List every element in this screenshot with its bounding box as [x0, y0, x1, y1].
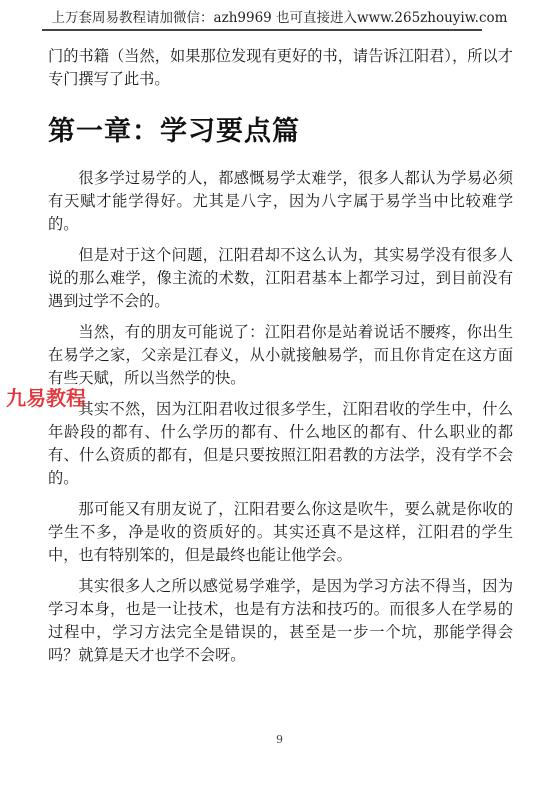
watermark-logo: 九易教程 — [6, 382, 86, 411]
continuation-paragraph: 门的书籍（当然，如果那位发现有更好的书，请告诉江阳君），所以才专门撰写了此书。 — [48, 45, 513, 91]
header-banner: 上万套周易教程请加微信：azh9969 也可直接进入www.265zhouyiw… — [0, 6, 559, 26]
paragraph-3: 当然，有的朋友可能说了：江阳君你是站着说话不腰疼，你出生在易学之家，父亲是江春义… — [48, 321, 513, 390]
paragraph-6: 其实很多人之所以感觉易学难学，是因为学习方法不得当，因为学习本身，也是一让技术，… — [48, 575, 513, 667]
paragraph-4: 其实不然，因为江阳君收过很多学生，江阳君收的学生中，什么年龄段的都有、什么学历的… — [48, 398, 513, 490]
chapter-title: 第一章：学习要点篇 — [48, 115, 513, 149]
page-content: 门的书籍（当然，如果那位发现有更好的书，请告诉江阳君），所以才专门撰写了此书。 … — [48, 45, 513, 675]
header-divider — [42, 29, 482, 31]
paragraph-1: 很多学过易学的人，都感慨易学太难学，很多人都认为学易必须有天赋才能学得好。尤其是… — [48, 167, 513, 236]
paragraph-2: 但是对于这个问题，江阳君却不这么认为，其实易学没有很多人说的那么难学，像主流的术… — [48, 244, 513, 313]
page-number: 9 — [0, 733, 559, 746]
paragraph-5: 那可能又有朋友说了，江阳君要么你这是吹牛，要么就是你收的学生不多，净是收的资质好… — [48, 498, 513, 567]
